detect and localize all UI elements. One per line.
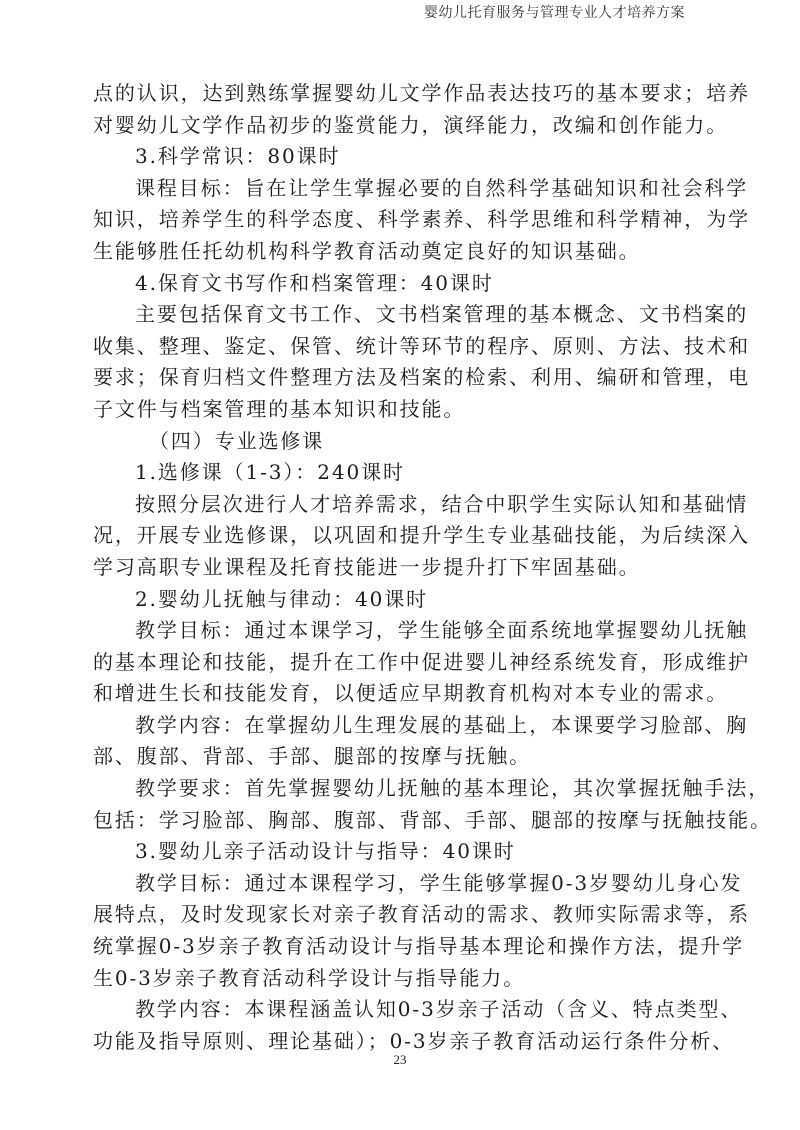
text-line: 学习高职专业课程及托育技能进一步提升打下牢固基础。 (93, 552, 705, 584)
text-line: 部、腹部、背部、手部、腿部的按摩与抚触。 (93, 741, 705, 773)
text-line: 课程目标：旨在让学生掌握必要的自然科学基础知识和社会科学 (93, 173, 705, 205)
text-line: 4.保育文书写作和档案管理：40课时 (93, 268, 705, 300)
text-line: 点的认识，达到熟练掌握婴幼儿文学作品表达技巧的基本要求；培养 (93, 78, 705, 110)
text-line: 包括：学习脸部、胸部、腹部、背部、手部、腿部的按摩与抚触技能。 (93, 805, 705, 837)
text-line: 3.科学常识：80课时 (93, 141, 705, 173)
text-line: 况，开展专业选修课，以巩固和提升学生专业基础技能，为后续深入 (93, 520, 705, 552)
text-line: 教学目标：通过本课学习，学生能够全面系统地掌握婴幼儿抚触 (93, 615, 705, 647)
page-number: 23 (0, 1052, 800, 1068)
text-line: 子文件与档案管理的基本知识和技能。 (93, 394, 705, 426)
text-line: 1.选修课（1-3）：240课时 (93, 457, 705, 489)
text-line: 教学内容：在掌握幼儿生理发展的基础上，本课要学习脸部、胸 (93, 710, 705, 742)
text-line: 3.婴幼儿亲子活动设计与指导：40课时 (93, 836, 705, 868)
text-line: 的基本理论和技能，提升在工作中促进婴儿神经系统发育，形成维护 (93, 647, 705, 679)
document-body: 点的认识，达到熟练掌握婴幼儿文学作品表达技巧的基本要求；培养对婴幼儿文学作品初步… (93, 78, 705, 1057)
text-line: 要求；保育归档文件整理方法及档案的检索、利用、编研和管理，电 (93, 362, 705, 394)
text-line: 教学要求：首先掌握婴幼儿抚触的基本理论，其次掌握抚触手法， (93, 773, 705, 805)
text-line: 教学内容：本课程涵盖认知0-3岁亲子活动（含义、特点类型、 (93, 994, 705, 1026)
text-line: 展特点，及时发现家长对亲子教育活动的需求、教师实际需求等，系 (93, 899, 705, 931)
text-line: 主要包括保育文书工作、文书档案管理的基本概念、文书档案的 (93, 299, 705, 331)
text-line: 和增进生长和技能发育，以便适应早期教育机构对本专业的需求。 (93, 678, 705, 710)
text-line: 知识，培养学生的科学态度、科学素养、科学思维和科学精神，为学 (93, 204, 705, 236)
section-heading: （四）专业选修课 (93, 426, 705, 458)
text-line: 对婴幼儿文学作品初步的鉴赏能力，演绎能力，改编和创作能力。 (93, 110, 705, 142)
text-line: 生0-3岁亲子教育活动科学设计与指导能力。 (93, 963, 705, 995)
text-line: 收集、整理、鉴定、保管、统计等环节的程序、原则、方法、技术和 (93, 331, 705, 363)
text-line: 教学目标：通过本课程学习，学生能够掌握0-3岁婴幼儿身心发 (93, 868, 705, 900)
text-line: 2.婴幼儿抚触与律动：40课时 (93, 584, 705, 616)
running-header: 婴幼儿托育服务与管理专业人才培养方案 (424, 2, 644, 22)
text-line: 生能够胜任托幼机构科学教育活动奠定良好的知识基础。 (93, 236, 705, 268)
text-line: 按照分层次进行人才培养需求，结合中职学生实际认知和基础情 (93, 489, 705, 521)
text-line: 统掌握0-3岁亲子教育活动设计与指导基本理论和操作方法，提升学 (93, 931, 705, 963)
